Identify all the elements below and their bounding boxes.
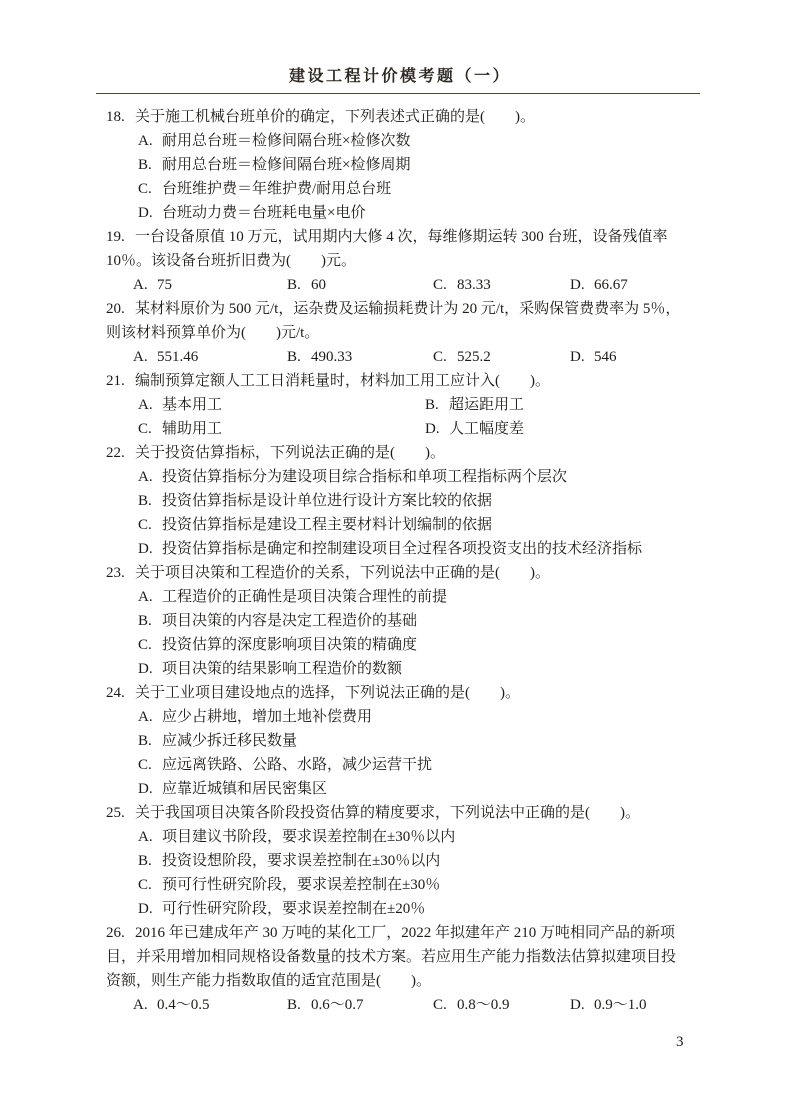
question-stem-text: 关于投资估算指标，下列说法正确的是( )。 [135,445,445,461]
question-21: 21.编制预算定额人工工日消耗量时，材料加工用工应计入( )。A.基本用工B.超… [106,369,710,441]
option-text: 投资估算的深度影响项目决策的精确度 [162,637,417,653]
option-row: B.项目决策的内容是决定工程造价的基础 [106,609,710,633]
option-C: C.台班维护费＝年维护费/耐用总台班 [138,181,391,197]
option-text: 0.6～0.7 [311,997,364,1013]
option-label: D. [138,897,162,921]
option-text: 基本用工 [162,397,222,413]
option-D: D.可行性研究阶段，要求误差控制在±20％ [138,901,425,917]
question-stem-text: 编制预算定额人工工日消耗量时，材料加工用工应计入( )。 [135,373,550,389]
question-23: 23.关于项目决策和工程造价的关系，下列说法中正确的是( )。A.工程造价的正确… [106,561,710,681]
option-label: B. [138,153,162,177]
question-stem: 22.关于投资估算指标，下列说法正确的是( )。 [106,441,710,465]
option-label: C. [138,513,162,537]
options-row: C.辅助用工D.人工幅度差 [138,417,710,441]
option-label: A. [138,825,162,849]
option-row: A.项目建议书阶段，要求误差控制在±30％以内 [106,825,710,849]
page-number: 3 [676,1030,684,1054]
question-stem: 24.关于工业项目建设地点的选择，下列说法正确的是( )。 [106,681,710,705]
option-label: A. [133,345,157,369]
option-label: C. [433,273,457,297]
option-text: 投资估算指标是建设工程主要材料计划编制的依据 [162,517,492,533]
option-C: C.0.8～0.9 [433,993,570,1017]
option-row: B.投资设想阶段，要求误差控制在±30％以内 [106,849,710,873]
option-B: B.应减少拆迁移民数量 [138,733,297,749]
option-label: A. [133,993,157,1017]
question-number: 26. [106,921,135,945]
option-A: A.0.4～0.5 [133,993,287,1017]
question-20: 20.某材料原价为 500 元/t，运杂费及运输损耗费计为 20 元/t，采购保… [106,297,710,369]
question-stem: 18.关于施工机械台班单价的确定，下列表述式正确的是( )。 [106,105,710,129]
option-text: 预可行性研究阶段，要求误差控制在±30％ [162,877,440,893]
question-stem: 19.一台设备原值 10 万元，试用期内大修 4 次，每维修期运转 300 台班… [106,225,710,249]
option-text: 0.9～1.0 [594,997,647,1013]
option-A: A.项目建议书阶段，要求误差控制在±30％以内 [138,829,455,845]
option-label: A. [138,393,162,417]
option-C: C.投资估算的深度影响项目决策的精确度 [138,637,417,653]
option-label: C. [433,345,457,369]
option-label: B. [138,609,162,633]
option-D: D.投资估算指标是确定和控制建设项目全过程各项投资支出的技术经济指标 [138,541,642,557]
option-row: A.工程造价的正确性是项目决策合理性的前提 [106,585,710,609]
question-26: 26.2016 年已建成年产 30 万吨的某化工厂，2022 年拟建年产 210… [106,921,710,1017]
option-text: 超运距用工 [449,397,524,413]
option-label: A. [138,705,162,729]
option-label: C. [433,993,457,1017]
option-text: 耐用总台班＝检修间隔台班×检修次数 [162,133,410,149]
option-label: D. [138,201,162,225]
option-C: C.投资估算指标是建设工程主要材料计划编制的依据 [138,517,492,533]
option-row: A.投资估算指标分为建设项目综合指标和单项工程指标两个层次 [106,465,710,489]
question-stem-text: 某材料原价为 500 元/t，运杂费及运输损耗费计为 20 元/t，采购保管费费… [135,301,680,317]
question-stem: 26.2016 年已建成年产 30 万吨的某化工厂，2022 年拟建年产 210… [106,921,710,945]
question-stem: 25.关于我国项目决策各阶段投资估算的精度要求，下列说法中正确的是( )。 [106,801,710,825]
option-text: 台班维护费＝年维护费/耐用总台班 [162,181,391,197]
question-number: 21. [106,369,135,393]
option-row: D.投资估算指标是确定和控制建设项目全过程各项投资支出的技术经济指标 [106,537,710,561]
question-18: 18.关于施工机械台班单价的确定，下列表述式正确的是( )。A.耐用总台班＝检修… [106,105,710,225]
option-row: B.投资估算指标是设计单位进行设计方案比较的依据 [106,489,710,513]
question-stem: 20.某材料原价为 500 元/t，运杂费及运输损耗费计为 20 元/t，采购保… [106,297,710,321]
option-label: A. [138,129,162,153]
option-A: A.基本用工 [138,393,425,417]
question-number: 23. [106,561,135,585]
question-24: 24.关于工业项目建设地点的选择，下列说法正确的是( )。A.应少占耕地，增加土… [106,681,710,801]
option-label: D. [570,273,594,297]
option-row: D.应靠近城镇和居民密集区 [106,777,710,801]
question-stem-text: 关于我国项目决策各阶段投资估算的精度要求，下列说法中正确的是( )。 [135,805,640,821]
option-text: 525.2 [457,349,491,365]
option-text: 应少占耕地，增加土地补偿费用 [162,709,372,725]
question-number: 18. [106,105,135,129]
question-25: 25.关于我国项目决策各阶段投资估算的精度要求，下列说法中正确的是( )。A.项… [106,801,710,921]
question-stem-text: 一台设备原值 10 万元，试用期内大修 4 次，每维修期运转 300 台班，设备… [135,229,668,245]
option-row: C.投资估算指标是建设工程主要材料计划编制的依据 [106,513,710,537]
option-text: 60 [311,277,326,293]
option-label: B. [287,345,311,369]
option-label: B. [287,273,311,297]
option-text: 75 [157,277,172,293]
exam-page: 建设工程计价模考题（一） 18.关于施工机械台班单价的确定，下列表述式正确的是(… [0,0,800,1115]
question-stem-text: 关于施工机械台班单价的确定，下列表述式正确的是( )。 [135,109,535,125]
options-row: A.基本用工B.超运距用工 [138,393,710,417]
option-label: B. [138,849,162,873]
options-row: A.551.46B.490.33C.525.2D.546 [133,345,710,369]
question-stem-continued: 则该材料预算单价为( )元/t。 [106,321,710,345]
option-text: 人工幅度差 [449,421,524,437]
option-B: B.0.6～0.7 [287,993,433,1017]
option-text: 83.33 [457,277,491,293]
option-row: D.可行性研究阶段，要求误差控制在±20％ [106,897,710,921]
option-row: A.应少占耕地，增加土地补偿费用 [106,705,710,729]
options-row: A.75B.60C.83.33D.66.67 [133,273,710,297]
option-B: B.投资估算指标是设计单位进行设计方案比较的依据 [138,493,492,509]
option-D: D.0.9～1.0 [570,993,710,1017]
option-row: D.项目决策的结果影响工程造价的数额 [106,657,710,681]
question-stem-continued: 资额，则生产能力指数取值的适宜范围是( )。 [106,969,710,993]
question-stem-continued: 10％。该设备台班折旧费为( )元。 [106,249,710,273]
option-text: 应靠近城镇和居民密集区 [162,781,327,797]
option-label: B. [425,393,449,417]
option-C: C.应远离铁路、公路、水路，减少运营干扰 [138,757,432,773]
option-C: C.辅助用工 [138,417,425,441]
option-label: C. [138,753,162,777]
option-text: 应远离铁路、公路、水路，减少运营干扰 [162,757,432,773]
option-label: B. [138,729,162,753]
option-A: A.工程造价的正确性是项目决策合理性的前提 [138,589,447,605]
option-B: B.490.33 [287,345,433,369]
option-B: B.超运距用工 [425,393,710,417]
option-A: A.耐用总台班＝检修间隔台班×检修次数 [138,133,410,149]
option-row: D.台班动力费＝台班耗电量×电价 [106,201,710,225]
option-row: C.投资估算的深度影响项目决策的精确度 [106,633,710,657]
option-label: D. [425,417,449,441]
question-stem-continued: 目，并采用增加相同规格设备数量的技术方案。若应用生产能力指数法估算拟建项目投 [106,945,710,969]
question-stem-text: 关于项目决策和工程造价的关系，下列说法中正确的是( )。 [135,565,550,581]
question-stem-text: 关于工业项目建设地点的选择，下列说法正确的是( )。 [135,685,520,701]
option-label: D. [570,345,594,369]
option-text: 项目决策的结果影响工程造价的数额 [162,661,402,677]
option-C: C.83.33 [433,273,570,297]
question-19: 19.一台设备原值 10 万元，试用期内大修 4 次，每维修期运转 300 台班… [106,225,710,297]
option-text: 551.46 [157,349,198,365]
option-text: 应减少拆迁移民数量 [162,733,297,749]
option-text: 投资设想阶段，要求误差控制在±30％以内 [162,853,440,869]
option-text: 0.8～0.9 [457,997,510,1013]
option-D: D.66.67 [570,273,710,297]
option-text: 投资估算指标是确定和控制建设项目全过程各项投资支出的技术经济指标 [162,541,642,557]
option-D: D.546 [570,345,710,369]
option-text: 工程造价的正确性是项目决策合理性的前提 [162,589,447,605]
questions-container: 18.关于施工机械台班单价的确定，下列表述式正确的是( )。A.耐用总台班＝检修… [106,105,710,1017]
option-text: 490.33 [311,349,352,365]
option-B: B.投资设想阶段，要求误差控制在±30％以内 [138,853,440,869]
option-label: C. [138,873,162,897]
option-text: 投资估算指标是设计单位进行设计方案比较的依据 [162,493,492,509]
option-B: B.耐用总台班＝检修间隔台班×检修周期 [138,157,410,173]
option-row: A.耐用总台班＝检修间隔台班×检修次数 [106,129,710,153]
option-label: A. [138,585,162,609]
option-text: 可行性研究阶段，要求误差控制在±20％ [162,901,425,917]
option-row: C.台班维护费＝年维护费/耐用总台班 [106,177,710,201]
option-label: D. [138,777,162,801]
option-D: D.台班动力费＝台班耗电量×电价 [138,205,365,221]
question-stem: 23.关于项目决策和工程造价的关系，下列说法中正确的是( )。 [106,561,710,585]
option-row: C.预可行性研究阶段，要求误差控制在±30％ [106,873,710,897]
option-B: B.项目决策的内容是决定工程造价的基础 [138,613,417,629]
option-row: C.应远离铁路、公路、水路，减少运营干扰 [106,753,710,777]
option-C: C.525.2 [433,345,570,369]
option-A: A.投资估算指标分为建设项目综合指标和单项工程指标两个层次 [138,469,567,485]
question-stem-text: 2016 年已建成年产 30 万吨的某化工厂，2022 年拟建年产 210 万吨… [135,925,675,941]
option-row: B.耐用总台班＝检修间隔台班×检修周期 [106,153,710,177]
option-label: B. [138,489,162,513]
option-A: A.应少占耕地，增加土地补偿费用 [138,709,372,725]
option-label: C. [138,177,162,201]
option-D: D.人工幅度差 [425,417,710,441]
option-text: 台班动力费＝台班耗电量×电价 [162,205,365,221]
option-label: B. [287,993,311,1017]
option-B: B.60 [287,273,433,297]
question-22: 22.关于投资估算指标，下列说法正确的是( )。A.投资估算指标分为建设项目综合… [106,441,710,561]
option-D: D.应靠近城镇和居民密集区 [138,781,327,797]
option-row: B.应减少拆迁移民数量 [106,729,710,753]
option-A: A.551.46 [133,345,287,369]
option-text: 0.4～0.5 [157,997,210,1013]
option-label: D. [138,657,162,681]
option-text: 投资估算指标分为建设项目综合指标和单项工程指标两个层次 [162,469,567,485]
page-title: 建设工程计价模考题（一） [0,63,800,86]
question-number: 22. [106,441,135,465]
option-text: 项目建议书阶段，要求误差控制在±30％以内 [162,829,455,845]
question-stem: 21.编制预算定额人工工日消耗量时，材料加工用工应计入( )。 [106,369,710,393]
header-rule [96,93,700,94]
option-C: C.预可行性研究阶段，要求误差控制在±30％ [138,877,440,893]
option-text: 项目决策的内容是决定工程造价的基础 [162,613,417,629]
question-number: 24. [106,681,135,705]
option-text: 546 [594,349,617,365]
option-label: A. [138,465,162,489]
option-text: 耐用总台班＝检修间隔台班×检修周期 [162,157,410,173]
option-D: D.项目决策的结果影响工程造价的数额 [138,661,402,677]
option-label: D. [570,993,594,1017]
option-label: D. [138,537,162,561]
option-text: 66.67 [594,277,628,293]
option-A: A.75 [133,273,287,297]
question-number: 25. [106,801,135,825]
option-text: 辅助用工 [162,421,222,437]
option-label: C. [138,633,162,657]
question-number: 19. [106,225,135,249]
options-row: A.0.4～0.5B.0.6～0.7C.0.8～0.9D.0.9～1.0 [133,993,710,1017]
option-label: A. [133,273,157,297]
option-label: C. [138,417,162,441]
question-number: 20. [106,297,135,321]
